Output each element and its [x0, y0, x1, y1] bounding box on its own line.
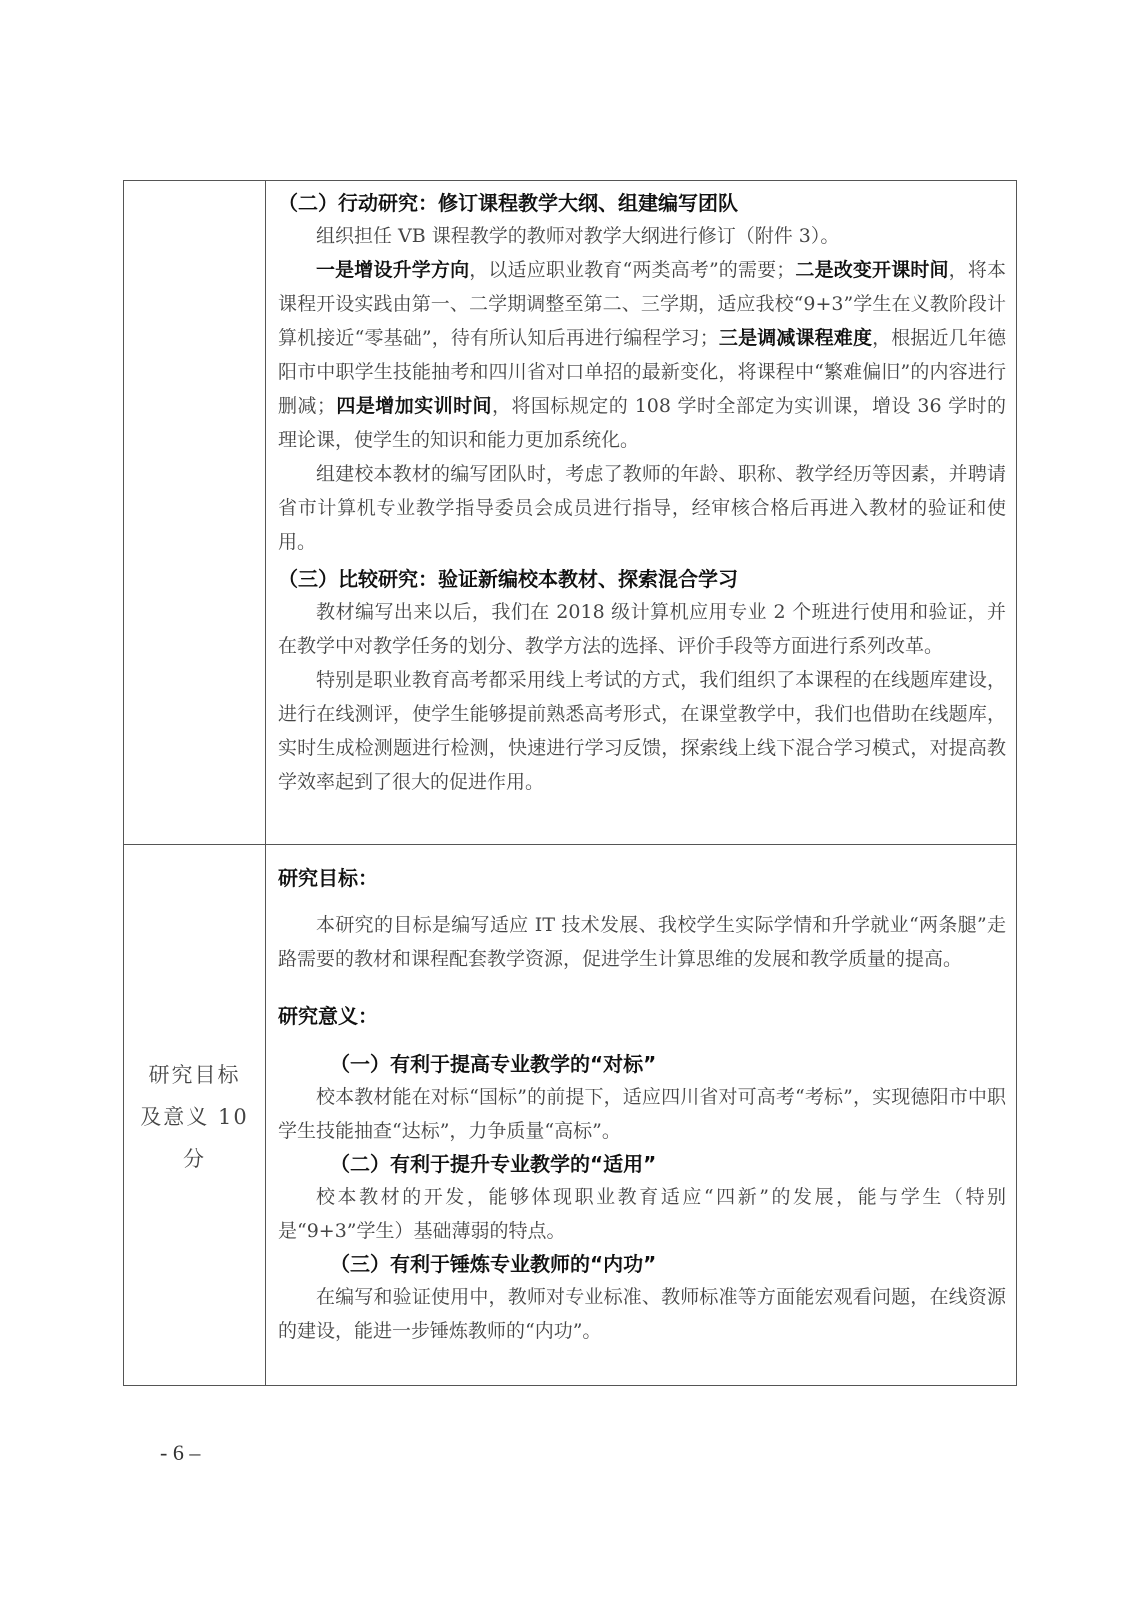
- row-label: 研究目标 及意义 10 分: [124, 1054, 265, 1180]
- methods-content-cell: （二）行动研究：修订课程教学大纲、组建编写团队 组织担任 VB 课程教学的教师对…: [266, 181, 1016, 844]
- goals-content-cell: 研究目标： 本研究的目标是编写适应 IT 技术发展、我校学生实际学情和升学就业“…: [266, 844, 1016, 1385]
- page-number: - 6 –: [160, 1440, 200, 1466]
- meaning-item-text: 在编写和验证使用中，教师对专业标准、教师标准等方面能宏观看问题，在线资源的建设，…: [278, 1280, 1006, 1348]
- goal-paragraph: 本研究的目标是编写适应 IT 技术发展、我校学生实际学情和升学就业“两条腿”走路…: [278, 908, 1006, 976]
- report-table: （二）行动研究：修订课程教学大纲、组建编写团队 组织担任 VB 课程教学的教师对…: [123, 180, 1017, 1386]
- section-heading-comparative-research: （三）比较研究：验证新编校本教材、探索混合学习: [278, 563, 1006, 595]
- meaning-item-text: 校本教材的开发，能够体现职业教育适应“四新”的发展，能与学生（特别是“9+3”学…: [278, 1180, 1006, 1248]
- row-label-line: 研究目标: [124, 1054, 265, 1096]
- row-label-line: 及意义 10: [124, 1096, 265, 1138]
- row-label-line: 分: [124, 1138, 265, 1180]
- goal-heading: 研究目标：: [278, 862, 1006, 894]
- paragraph: 组织担任 VB 课程教学的教师对教学大纲进行修订（附件 3）。: [278, 219, 1006, 253]
- meaning-item-title: （二）有利于提升专业教学的“适用”: [278, 1148, 1006, 1180]
- key-point: 一是增设升学方向: [316, 259, 469, 281]
- section-heading-action-research: （二）行动研究：修订课程教学大纲、组建编写团队: [278, 187, 1006, 219]
- meaning-item-title: （三）有利于锤炼专业教师的“内功”: [278, 1248, 1006, 1280]
- key-point: 四是增加实训时间: [336, 395, 492, 417]
- paragraph: 组建校本教材的编写团队时，考虑了教师的年龄、职称、教学经历等因素，并聘请省市计算…: [278, 457, 1006, 559]
- meaning-item-title: （一）有利于提高专业教学的“对标”: [278, 1048, 1006, 1080]
- key-point: 三是调减课程难度: [719, 327, 872, 349]
- key-point: 二是改变开课时间: [795, 259, 948, 281]
- table-row-methods: （二）行动研究：修订课程教学大纲、组建编写团队 组织担任 VB 课程教学的教师对…: [124, 181, 1016, 845]
- paragraph-revisions: 一是增设升学方向，以适应职业教育“两类高考”的需要；二是改变开课时间，将本课程开…: [278, 253, 1006, 457]
- row-label-cell-empty: [124, 181, 266, 844]
- paragraph-text: ，以适应职业教育“两类高考”的需要；: [469, 259, 795, 281]
- row-label-cell: 研究目标 及意义 10 分: [124, 844, 266, 1385]
- meaning-item-text: 校本教材能在对标“国标”的前提下，适应四川省对可高考“考标”，实现德阳市中职学生…: [278, 1080, 1006, 1148]
- meaning-heading: 研究意义：: [278, 1000, 1006, 1032]
- paragraph: 教材编写出来以后，我们在 2018 级计算机应用专业 2 个班进行使用和验证，并…: [278, 595, 1006, 663]
- table-row-goals: 研究目标 及意义 10 分 研究目标： 本研究的目标是编写适应 IT 技术发展、…: [124, 844, 1016, 1385]
- paragraph: 特别是职业教育高考都采用线上考试的方式，我们组织了本课程的在线题库建设，进行在线…: [278, 663, 1006, 799]
